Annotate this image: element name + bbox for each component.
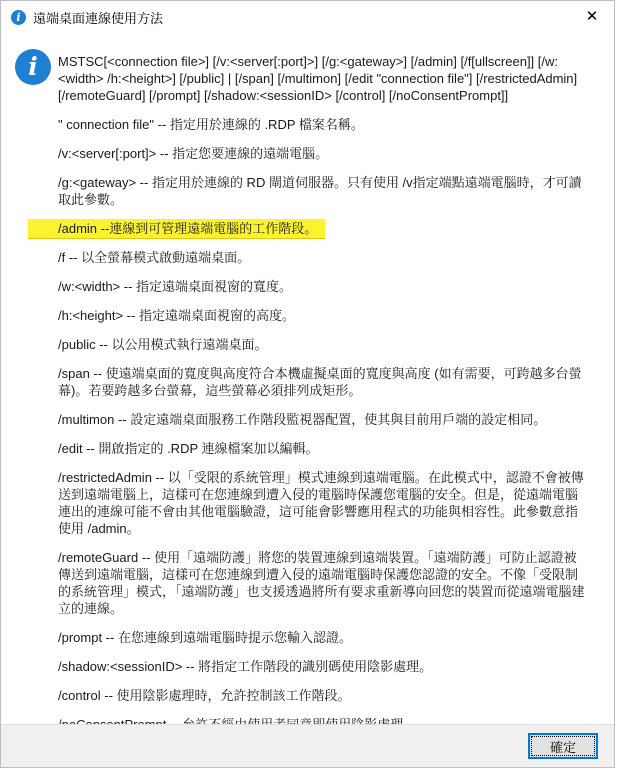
info-icon: i (11, 10, 26, 25)
param-remoteguard: /remoteGuard -- 使用「遠端防護」將您的裝置連線到遠端裝置。「遠端… (58, 549, 589, 617)
footer-bar: 確定 (1, 724, 614, 767)
param-prompt: /prompt -- 在您連線到遠端電腦時提示您輸入認證。 (58, 629, 589, 646)
ok-button[interactable]: 確定 (528, 733, 598, 759)
admin-highlight: /admin --連線到可管理遠端電腦的工作階段。 (28, 219, 325, 238)
param-connection-file: " connection file" -- 指定用於連線的 .RDP 檔案名稱。 (58, 116, 589, 133)
param-w-width: /w:<width> -- 指定遠端桌面視窗的寬度。 (58, 278, 589, 295)
param-shadow: /shadow:<sessionID> -- 將指定工作階段的識別碼使用陰影處理… (58, 658, 589, 675)
param-admin: /admin --連線到可管理遠端電腦的工作階段。 (58, 220, 589, 237)
param-f-fullscreen: /f -- 以全螢幕模式啟動遠端桌面。 (58, 249, 589, 266)
param-v-server: /v:<server[:port]> -- 指定您要連線的遠端電腦。 (58, 145, 589, 162)
info-icon-large: i (15, 49, 51, 85)
dialog-title: 遠端桌面連線使用方法 (33, 8, 163, 27)
close-icon: ✕ (586, 9, 599, 24)
param-restrictedadmin: /restrictedAdmin -- 以「受限的系統管理」模式連線到遠端電腦。… (58, 469, 589, 537)
message-body: i MSTSC[<connection file>] [/v:<server[:… (1, 33, 614, 733)
param-h-height: /h:<height> -- 指定遠端桌面視窗的高度。 (58, 307, 589, 324)
close-button[interactable]: ✕ (574, 1, 610, 31)
title-bar: i 遠端桌面連線使用方法 ✕ (1, 1, 614, 33)
param-multimon: /multimon -- 設定遠端桌面服務工作階段監視器配置，使其與目前用戶端的… (58, 411, 589, 428)
message-dialog: i 遠端桌面連線使用方法 ✕ i MSTSC[<connection file>… (0, 0, 615, 768)
param-span: /span -- 使遠端桌面的寬度與高度符合本機虛擬桌面的寬度與高度 (如有需要… (58, 365, 589, 399)
param-public: /public -- 以公用模式執行遠端桌面。 (58, 336, 589, 353)
usage-syntax-paragraph: MSTSC[<connection file>] [/v:<server[:po… (58, 53, 589, 104)
param-control: /control -- 使用陰影處理時，允許控制該工作階段。 (58, 687, 589, 704)
param-g-gateway: /g:<gateway> -- 指定用於連線的 RD 閘道伺服器。只有使用 /v… (58, 174, 589, 208)
param-edit: /edit -- 開啟指定的 .RDP 連線檔案加以編輯。 (58, 440, 589, 457)
